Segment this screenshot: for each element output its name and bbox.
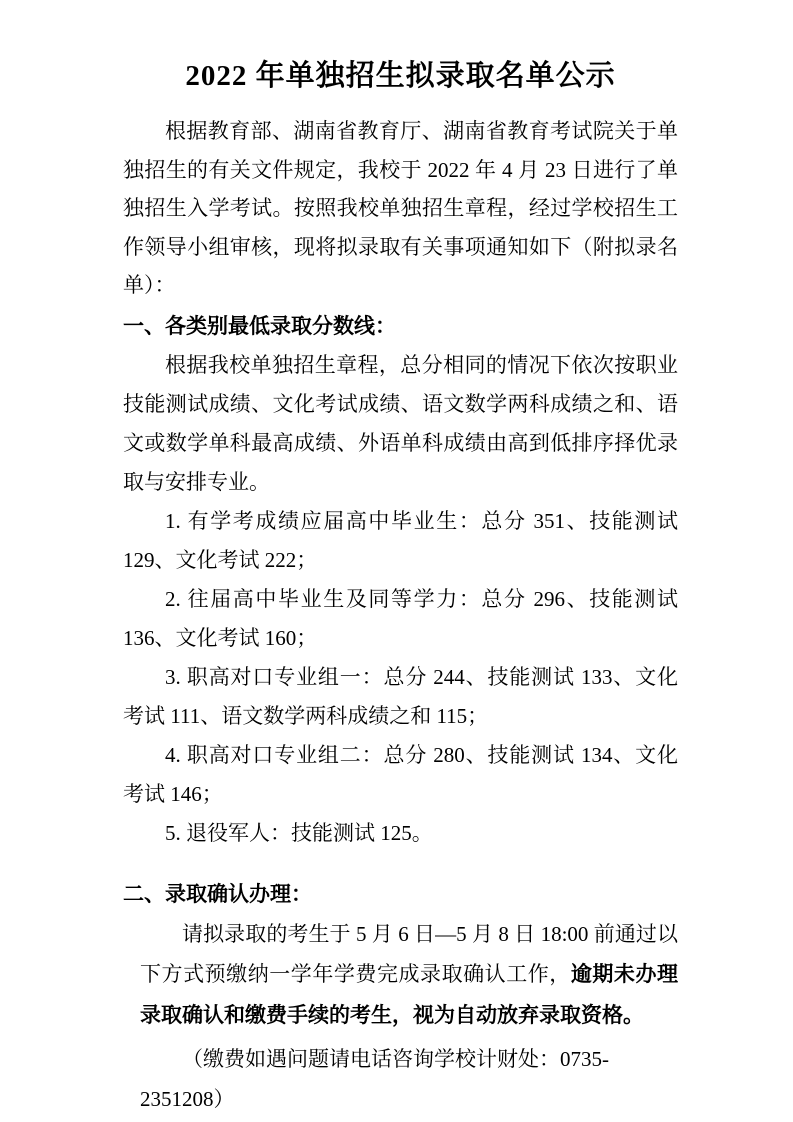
score-line-item-3: 3. 职高对口专业组一：总分 244、技能测试 133、文化考试 111、语文数… — [123, 658, 678, 736]
document-page: 2022 年单独招生拟录取名单公示 根据教育部、湖南省教育厅、湖南省教育考试院关… — [0, 0, 793, 1122]
score-line-item-4: 4. 职高对口专业组二：总分 280、技能测试 134、文化考试 146； — [123, 736, 678, 814]
score-line-item-5: 5. 退役军人：技能测试 125。 — [123, 814, 678, 853]
score-line-item-2: 2. 往届高中毕业生及同等学力：总分 296、技能测试 136、文化考试 160… — [123, 580, 678, 658]
page-title: 2022 年单独招生拟录取名单公示 — [123, 58, 678, 95]
intro-paragraph: 根据教育部、湖南省教育厅、湖南省教育考试院关于单独招生的有关文件规定，我校于 2… — [123, 112, 678, 305]
fee-contact-note: （缴费如遇问题请电话咨询学校计财处：0735-2351208） — [140, 1039, 678, 1119]
section1-heading: 一、各类别最低录取分数线： — [123, 307, 678, 346]
score-line-item-1: 1. 有学考成绩应届高中毕业生：总分 351、技能测试 129、文化考试 222… — [123, 502, 678, 580]
confirm-paragraph: 请拟录取的考生于 5 月 6 日—5 月 8 日 18:00 前通过以下方式预缴… — [140, 914, 678, 1036]
section1-intro-paragraph: 根据我校单独招生章程，总分相同的情况下依次按职业技能测试成绩、文化考试成绩、语文… — [123, 346, 678, 502]
document-content: 2022 年单独招生拟录取名单公示 根据教育部、湖南省教育厅、湖南省教育考试院关… — [123, 58, 678, 1119]
section2-heading: 二、录取确认办理： — [123, 875, 678, 914]
